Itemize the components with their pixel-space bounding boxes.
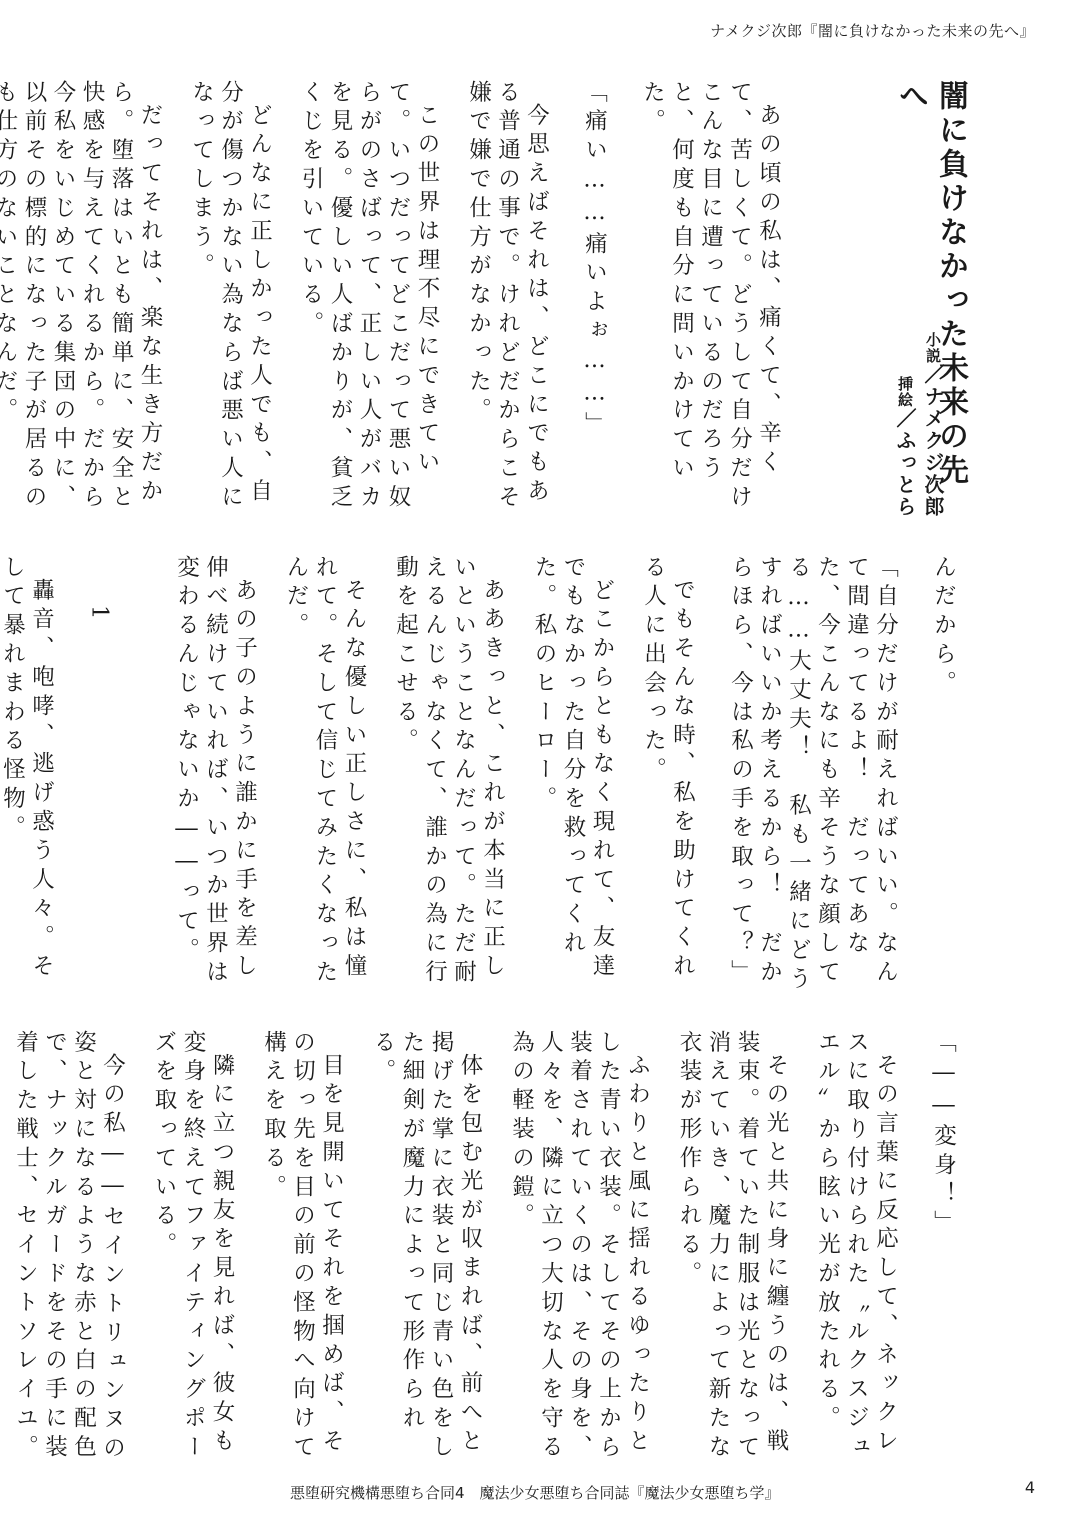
paragraph: あの子のように誰かに手を差し伸べ続けていれば、いつか世界は変わるんじゃないか――… xyxy=(172,555,259,1000)
paragraph: その光と共に身に纏うのは、戦装束。着ていた制服は光となって消えていき、魔力によっ… xyxy=(674,1030,790,1475)
paragraph: この世界は理不尽にできていて。いつだってどこだって悪い奴らがのさばって、正しい人… xyxy=(296,80,441,525)
paragraph: 体を包む光が収まれば、前へと掲げた掌に衣装と同じ青い色をした細剣が魔力によって形… xyxy=(368,1030,484,1475)
credit-separator: ／ xyxy=(921,364,945,386)
tier1-body: あの頃の私は、痛くて、辛くて、苦しくて。どうして自分だけこんな目に遭っているのだ… xyxy=(0,80,805,525)
dialogue: 「自分だけが耐えればいい。なんて間違ってるよ！ だってあなた、今こんなにも辛そう… xyxy=(726,555,900,1000)
paragraph: 今の私――セイントリュンヌの姿と対になるような赤と白の配色で、ナックルガードをそ… xyxy=(11,1030,127,1475)
paragraph: そんな優しい正しさに、私は憧れて。そして信じてみたくなったんだ。 xyxy=(281,555,368,1000)
paragraph: ああきっと、これが本当に正しいということなんだって。ただ耐えるんじゃなくて、誰か… xyxy=(391,555,507,1000)
paragraph: 今思えばそれは、どこにでもある普通の事で。けれどだからこそ嫌で嫌で仕方がなかった… xyxy=(464,80,551,525)
dialogue: 「――変身！」 xyxy=(929,1030,958,1475)
credit-name: ナメクジ次郎 xyxy=(921,386,945,518)
running-head: ナメクジ次郎『闇に負けなかった未来の先へ』 xyxy=(710,20,1035,41)
credit-role: 小説 xyxy=(924,332,942,364)
dialogue: 「痛い……痛いよぉ……」 xyxy=(580,80,609,525)
paragraph: 目を見開いてそれを掴めば、その切っ先を目の前の怪物へ向けて構えを取る。 xyxy=(259,1030,346,1475)
credit-name: ふっとら xyxy=(893,430,917,518)
paragraph: だってそれは、楽な生き方だから。堕落はいとも簡単に、安全と快感を与えてくれるから… xyxy=(0,80,164,525)
tier3-body: 「――変身！」 その言葉に反応して、ネックレスに取り付けられた〝ルクスジュエル〟… xyxy=(0,1030,980,1475)
credit-separator: ／ xyxy=(893,408,917,430)
credit-author: 小説／ナメクジ次郎 xyxy=(919,318,947,518)
paragraph: どんなに正しかった人でも、自分が傷つかない為ならば悪い人になってしまう。 xyxy=(187,80,274,525)
paragraph: 轟音、咆哮、逃げ惑う人々。そして暴れまわる怪物。 xyxy=(0,555,56,1000)
section-number: 1 xyxy=(85,555,114,1000)
credit-illustrator: 挿絵／ふっとら xyxy=(891,318,919,518)
paragraph: その言葉に反応して、ネックレスに取り付けられた〝ルクスジュエル〟から眩い光が放た… xyxy=(813,1030,900,1475)
paragraph: ふわりと風に揺れるゆったりとした青い衣装。そしてその上から装着されていくのは、そ… xyxy=(507,1030,652,1475)
credit-role: 挿絵 xyxy=(896,376,914,408)
footer-publication: 悪堕研究機構悪堕ち合同4 魔法少女悪堕ち合同誌『魔法少女悪堕ち学』 xyxy=(290,1482,780,1503)
paragraph: あの頃の私は、痛くて、辛くて、苦しくて。どうして自分だけこんな目に遭っているのだ… xyxy=(638,80,783,525)
paragraph: 隣に立つ親友を見れば、彼女も変身を終えてファイティングポーズを取っている。 xyxy=(149,1030,236,1475)
paragraph: どこからともなく現れて、友達でもなかった自分を救ってくれた。私のヒーロー。 xyxy=(529,555,616,1000)
credits: 小説／ナメクジ次郎 挿絵／ふっとら xyxy=(891,318,947,518)
page-number: 4 xyxy=(1025,1478,1035,1497)
paragraph: でもそんな時、私を助けてくれる人に出会った。 xyxy=(639,555,697,1000)
paragraph: んだから。 xyxy=(929,555,958,1000)
tier2-body: んだから。 「自分だけが耐えればいい。なんて間違ってるよ！ だってあなた、今こん… xyxy=(0,555,980,1000)
